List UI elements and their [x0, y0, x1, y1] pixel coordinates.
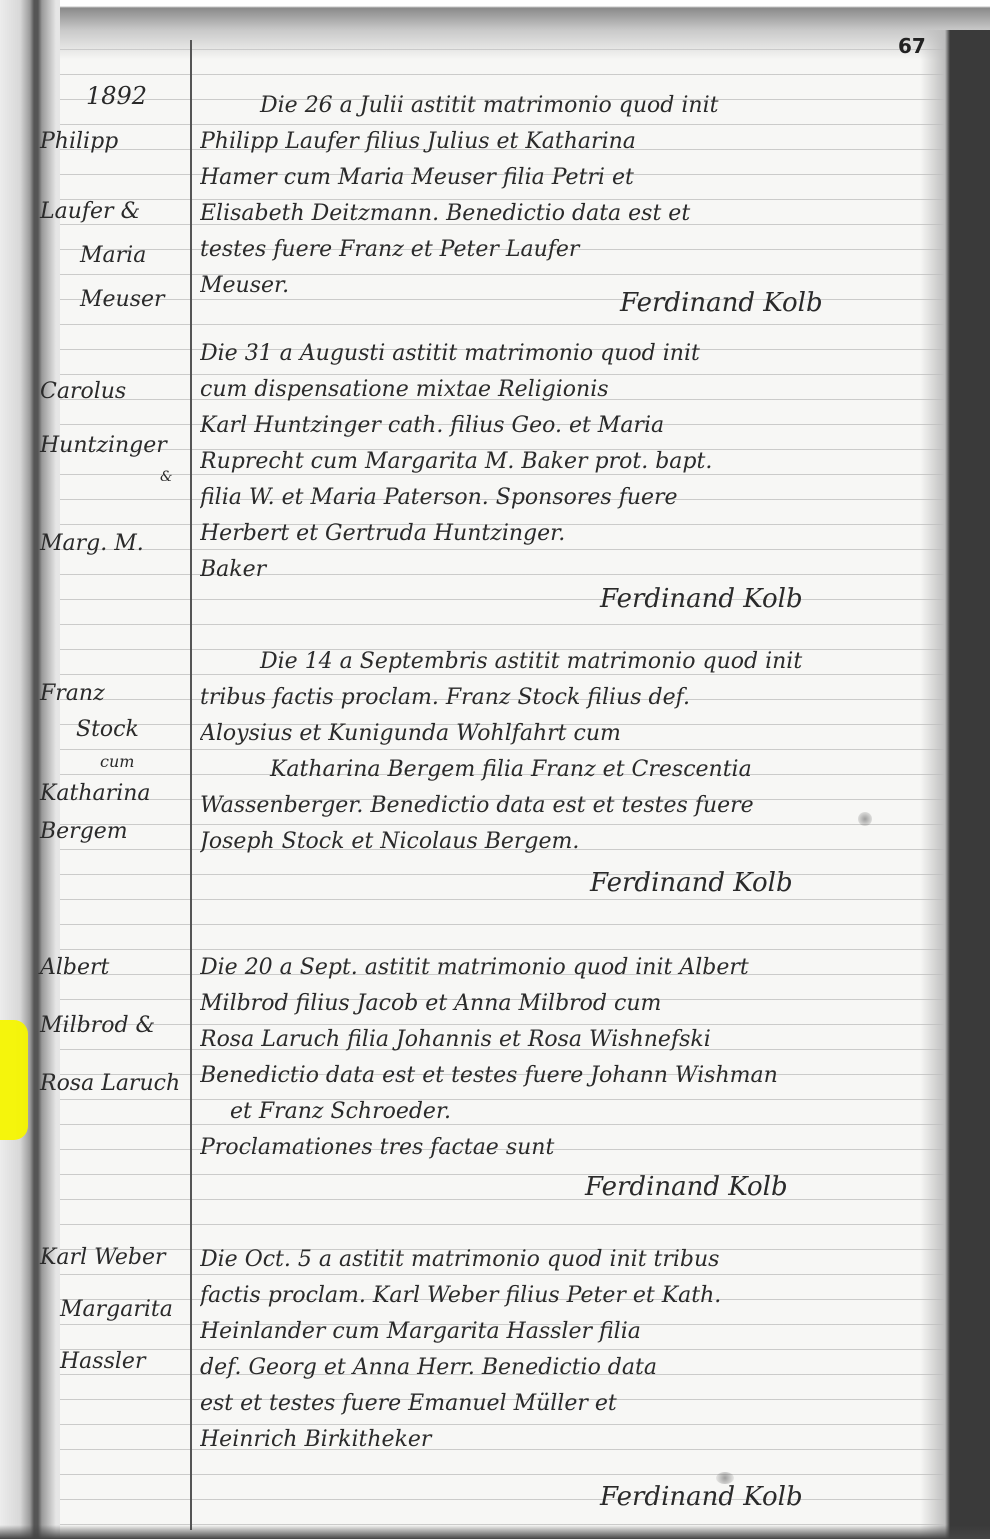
- margin-name: Marg. M.: [40, 522, 190, 566]
- entry-line: Meuser.: [200, 268, 960, 304]
- entry-line: Die 26 a Julii astitit matrimonio quod i…: [200, 88, 960, 124]
- margin-name: Milbrod &: [40, 1004, 190, 1048]
- entry-line: tribus factis proclam. Franz Stock filiu…: [200, 680, 960, 716]
- margin-name: Philipp: [40, 120, 190, 164]
- yellow-highlight-mark: [0, 1020, 28, 1140]
- priest-signature: Ferdinand Kolb: [590, 868, 793, 898]
- entry-line: Die 14 a Septembris astitit matrimonio q…: [200, 644, 960, 680]
- margin-name: cum: [100, 752, 190, 772]
- priest-signature: Ferdinand Kolb: [600, 584, 803, 614]
- entry-line: Katharina Bergem filia Franz et Crescent…: [200, 752, 960, 788]
- entry-line: Hamer cum Maria Meuser filia Petri et: [200, 160, 960, 196]
- scan-bottom-edge: [0, 1525, 990, 1539]
- priest-signature: Ferdinand Kolb: [585, 1172, 788, 1202]
- entry-line: filia W. et Maria Paterson. Sponsores fu…: [200, 480, 960, 516]
- page-number: 67: [898, 34, 926, 58]
- margin-name: Bergem: [40, 810, 190, 854]
- entry-line: Herbert et Gertruda Huntzinger.: [200, 516, 960, 552]
- entry-line: factis proclam. Karl Weber filius Peter …: [200, 1278, 960, 1314]
- entry-text: Die 20 a Sept. astitit matrimonio quod i…: [200, 950, 960, 1166]
- entry-line: Milbrod filius Jacob et Anna Milbrod cum: [200, 986, 960, 1022]
- entry-line: Heinlander cum Margarita Hassler filia: [200, 1314, 960, 1350]
- entry-line: Elisabeth Deitzmann. Benedictio data est…: [200, 196, 960, 232]
- entry-line: Benedictio data est et testes fuere Joha…: [200, 1058, 960, 1094]
- entry-line: Ruprecht cum Margarita M. Baker prot. ba…: [200, 444, 960, 480]
- entry-line: Rosa Laruch filia Johannis et Rosa Wishn…: [200, 1022, 960, 1058]
- margin-name: Maria Meuser: [80, 234, 190, 322]
- entry-text: Die Oct. 5 a astitit matrimonio quod ini…: [200, 1242, 960, 1458]
- entry-line: Aloysius et Kunigunda Wohlfahrt cum: [200, 716, 960, 752]
- entry-line: est et testes fuere Emanuel Müller et: [200, 1386, 960, 1422]
- entry-line: Philipp Laufer filius Julius et Katharin…: [200, 124, 960, 160]
- margin-column-rule: [190, 40, 192, 1530]
- entry-text: Die 31 a Augusti astitit matrimonio quod…: [200, 336, 960, 588]
- priest-signature: Ferdinand Kolb: [620, 288, 823, 318]
- entry-text: Die 14 a Septembris astitit matrimonio q…: [200, 644, 960, 860]
- entry-line: testes fuere Franz et Peter Laufer: [200, 232, 960, 268]
- entry-line: cum dispensatione mixtae Religionis: [200, 372, 960, 408]
- entry-line: Baker: [200, 552, 960, 588]
- entry-line: Proclamationes tres factae sunt: [200, 1130, 960, 1166]
- entry-line: Die 31 a Augusti astitit matrimonio quod…: [200, 336, 960, 372]
- entry-margin-names: Albert Milbrod & Rosa Laruch: [40, 946, 190, 1106]
- entry-line: Die Oct. 5 a astitit matrimonio quod ini…: [200, 1242, 960, 1278]
- margin-name: Hassler: [60, 1340, 190, 1384]
- entry-margin-names: Carolus Huntzinger & Marg. M.: [40, 370, 190, 566]
- margin-name: Carolus: [40, 370, 190, 414]
- margin-name: Rosa Laruch: [40, 1062, 190, 1106]
- entry-line: def. Georg et Anna Herr. Benedictio data: [200, 1350, 960, 1386]
- margin-name: Albert: [40, 946, 190, 990]
- entry-line: et Franz Schroeder.: [200, 1094, 960, 1130]
- register-page: 67 1892 Philipp Laufer & Maria Meuser Di…: [0, 0, 990, 1539]
- entry-line: Heinrich Birkitheker: [200, 1422, 960, 1458]
- ink-blot: [716, 1472, 734, 1484]
- entry-margin-names: Philipp Laufer & Maria Meuser: [40, 120, 190, 322]
- entry-line: Joseph Stock et Nicolaus Bergem.: [200, 824, 960, 860]
- entry-margin-names: Karl Weber Margarita Hassler: [40, 1236, 190, 1384]
- entry-line: Wassenberger. Benedictio data est et tes…: [200, 788, 960, 824]
- entry-line: Die 20 a Sept. astitit matrimonio quod i…: [200, 950, 960, 986]
- margin-year: 1892: [86, 82, 147, 110]
- entry-text: Die 26 a Julii astitit matrimonio quod i…: [200, 88, 960, 304]
- entry-line: Karl Huntzinger cath. filius Geo. et Mar…: [200, 408, 960, 444]
- margin-name: Laufer &: [40, 190, 190, 234]
- entry-margin-names: Franz Stock cum Katharina Bergem: [40, 672, 190, 854]
- priest-signature: Ferdinand Kolb: [600, 1482, 803, 1512]
- margin-name: &: [160, 468, 190, 486]
- margin-name: Huntzinger: [40, 424, 190, 468]
- margin-name: Stock: [76, 708, 190, 752]
- scan-top-edge: [0, 0, 990, 60]
- margin-name: Margarita: [60, 1288, 190, 1332]
- ink-blot: [858, 812, 872, 826]
- margin-name: Karl Weber: [40, 1236, 190, 1280]
